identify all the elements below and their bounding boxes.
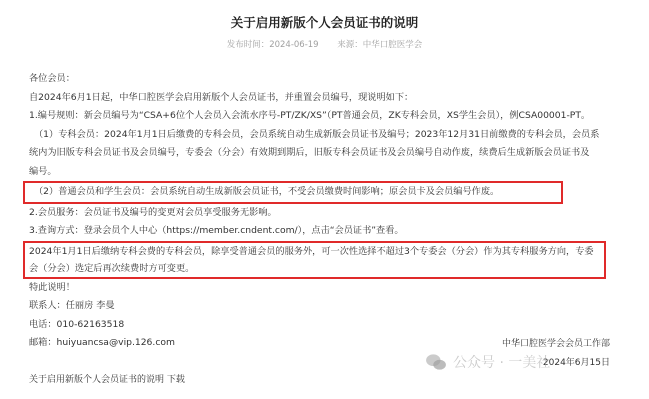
- rule-specialist-line2: 统内为旧版专科会员证书及会员编号，专委会（分会）有效期到期后，旧版专科会员证书及…: [29, 144, 629, 163]
- contact-phone: 电话：010-62163518: [29, 316, 629, 335]
- contact-person: 联系人：任丽房 李曼: [29, 297, 629, 316]
- article-meta: 发布时间：2024-06-19 来源：中华口腔医学会: [0, 38, 649, 50]
- article-title: 关于启用新版个人会员证书的说明: [0, 13, 649, 31]
- rule-specialist-line3: 编号。: [29, 163, 629, 182]
- rule-specialist-line1: （1）专科会员：2024年1月1日后缴费的专科会员，会员系统自动生成新版会员证书…: [29, 126, 629, 145]
- signature-date: 2024年6月15日: [470, 355, 610, 368]
- rule-numbering: 1.编号规则：新会员编号为“CSA+6位个人会员入会流水序号-PT/ZK/XS”…: [29, 107, 629, 126]
- article-source: 来源：中华口腔医学会: [337, 40, 422, 50]
- download-link[interactable]: 关于启用新版个人会员证书的说明 下载: [29, 372, 185, 385]
- intro-paragraph: 自2024年6月1日起，中华口腔医学会启用新版个人会员证书，并重置会员编号，现说…: [29, 89, 629, 108]
- closing: 特此说明！: [29, 279, 629, 298]
- wechat-icon: [425, 353, 447, 371]
- greeting: 各位会员：: [29, 70, 629, 89]
- highlight-box-general-members: （2）普通会员和学生会员：会员系统自动生成新版会员证书，不受会员缴费时间影响；原…: [23, 181, 563, 204]
- highlight-box-specialist-note: 2024年1月1日后缴纳专科会费的专科会员，除享受普通会员的服务外，可一次性选择…: [23, 241, 606, 279]
- rule-query: 3.查询方式：登录会员个人中心（https://member.cndent.co…: [29, 222, 629, 241]
- note-line2: 会（分会）选定后再次续费时方可变更。: [29, 260, 600, 277]
- rule-general-members: （2）普通会员和学生会员：会员系统自动生成新版会员证书，不受会员缴费时间影响；原…: [29, 186, 499, 197]
- publish-time: 发布时间：2024-06-19: [227, 40, 319, 50]
- rule-service: 2.会员服务：会员证书及编号的变更对会员享受服务无影响。: [29, 204, 629, 223]
- article-body: 各位会员： 自2024年6月1日起，中华口腔医学会启用新版个人会员证书，并重置会…: [29, 70, 629, 353]
- note-line1: 2024年1月1日后缴纳专科会费的专科会员，除享受普通会员的服务外，可一次性选择…: [29, 243, 600, 260]
- signature-org: 中华口腔医学会会员工作部: [470, 336, 610, 349]
